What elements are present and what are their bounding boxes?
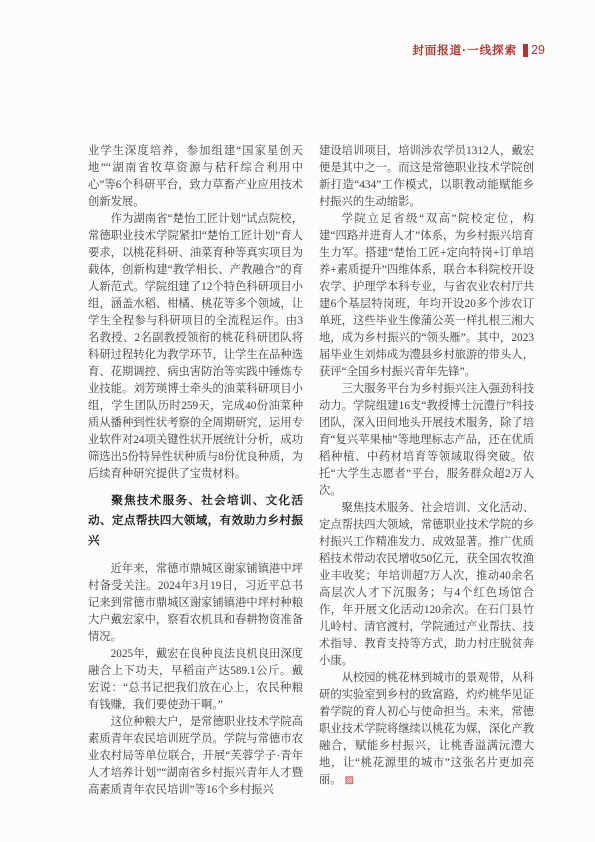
right-column: 建设培训项目，培训涉农学员1312人，戴宏便是其中之一。而这是常德职业技术学院创… — [319, 143, 534, 799]
page-number: 29 — [531, 43, 545, 57]
left-column: 业学生深度培养，参加组建“国家星创天地”“湖南省牧草资源与秸秆综合利用中心”等6… — [88, 143, 303, 799]
paragraph-text: 从校园的桃花林到城市的景观带，从科研的实验室到乡村的致富路，灼灼桃华见证着学院的… — [319, 672, 534, 786]
page-header: 封面报道·一线探索 29 — [412, 42, 545, 58]
paragraph: 2025年，戴宏在良种良法良机良田深度融合上下功夫，早稻亩产达589.1公斤。戴… — [88, 646, 303, 714]
paragraph: 业学生深度培养，参加组建“国家星创天地”“湖南省牧草资源与秸秆综合利用中心”等6… — [88, 143, 303, 211]
paragraph: 这位种粮大户，是常德职业技术学院高素质青年农民培训班学员。学院与常德市农业农村局… — [88, 714, 303, 799]
magazine-page: 封面报道·一线探索 29 业学生深度培养，参加组建“国家星创天地”“湖南省牧草资… — [0, 0, 595, 842]
article-body: 业学生深度培养，参加组建“国家星创天地”“湖南省牧草资源与秸秆综合利用中心”等6… — [88, 143, 534, 799]
paragraph: 聚焦技术服务、社会培训、文化活动、定点帮扶四大领域，常德职业技术学院的乡村振兴工… — [319, 500, 534, 670]
section-heading: 聚焦技术服务、社会培训、文化活动、定点帮扶四大领域，有效助力乡村振兴 — [88, 491, 303, 551]
article-end-mark-icon: ▨ — [345, 775, 354, 786]
paragraph: 建设培训项目，培训涉农学员1312人，戴宏便是其中之一。而这是常德职业技术学院创… — [319, 143, 534, 211]
red-bar-divider — [523, 44, 528, 57]
section-title: 封面报道·一线探索 — [412, 42, 517, 58]
paragraph: 近年来，常德市鼎城区谢家铺镇港中坪村备受关注。2024年3月19日，习近平总书记… — [88, 561, 303, 646]
paragraph: 作为湖南省“楚怡工匠计划”试点院校，常德职业技术学院紧扣“楚怡工匠计划”育人要求… — [88, 211, 303, 483]
paragraph: 三大服务平台为乡村振兴注入强劲科技动力。学院组建16支“教授博士沅澧行”科技团队… — [319, 381, 534, 500]
paragraph: 学院立足省级“双高”院校定位，构建“四路并进育人才”体系，为乡村振兴培育生力军。… — [319, 211, 534, 381]
paragraph: 从校园的桃花林到城市的景观带，从科研的实验室到乡村的致富路，灼灼桃华见证着学院的… — [319, 670, 534, 789]
